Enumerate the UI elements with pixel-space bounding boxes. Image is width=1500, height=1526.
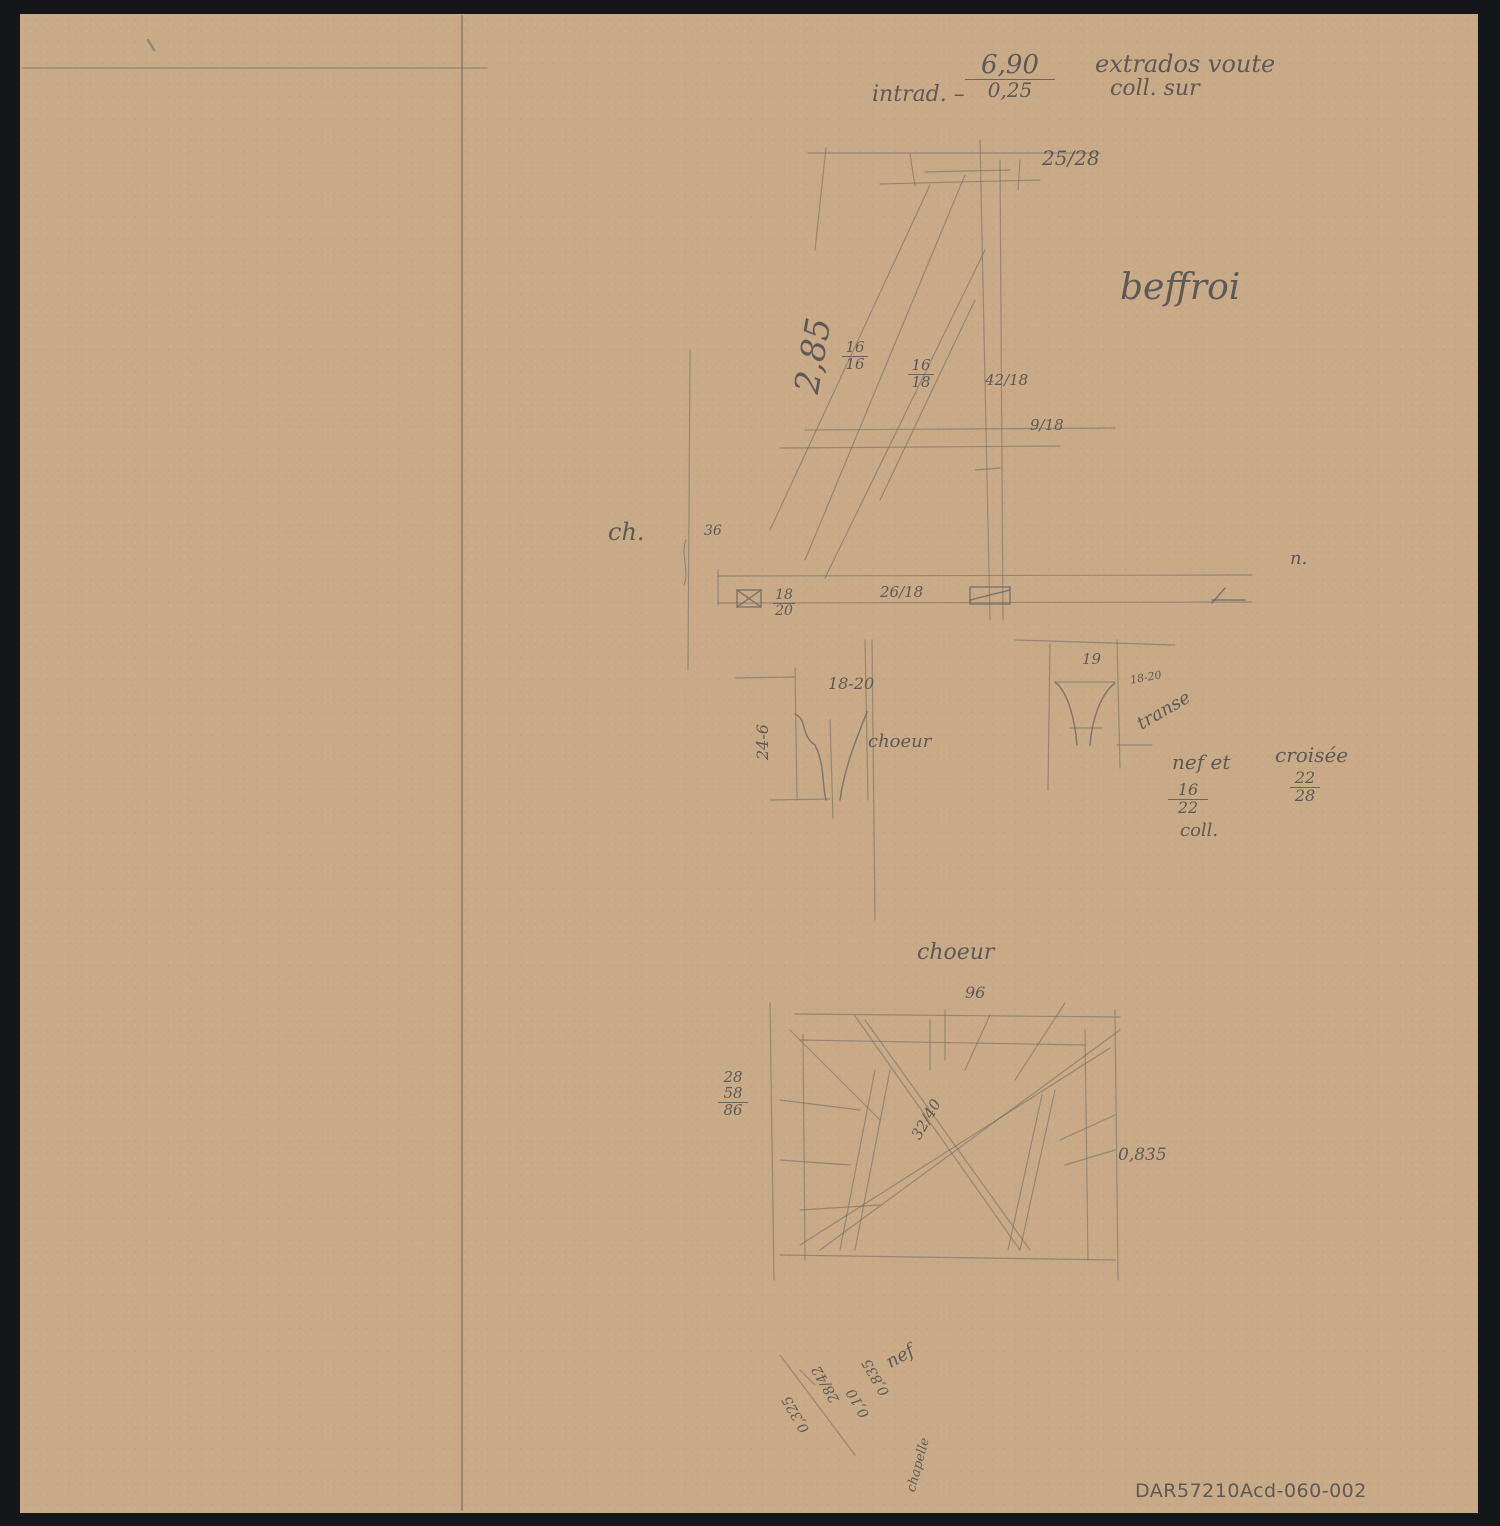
sill-left-dim: 18 20 [773, 588, 795, 618]
sill-left-num: 18 [773, 588, 795, 604]
choeur-width-dim: 18-20 [828, 676, 874, 692]
sill-left-den: 20 [773, 604, 795, 619]
strut-mid-dim: 16 18 [908, 358, 934, 391]
crossbar-dim: 9/18 [1030, 418, 1064, 433]
nef-note-fraction: 16 22 [1168, 782, 1208, 817]
nef-note-label: nef et [1172, 752, 1230, 772]
croise-fraction: 22 28 [1290, 770, 1320, 805]
header-fraction: 6,90 0,25 [965, 52, 1055, 101]
left-label-ch: ch. [608, 520, 645, 544]
choeur-height-dim: 24-6 [755, 724, 771, 760]
top-beam-dim: 25/28 [1042, 148, 1100, 168]
header-fraction-num: 6,90 [965, 52, 1055, 80]
catalog-id: DAR57210Acd-060-002 [1135, 1482, 1367, 1501]
left-small-dim: 36 [704, 524, 722, 538]
strut-mid-den: 18 [908, 375, 934, 391]
nef-note-den: 22 [1168, 800, 1208, 817]
header-prefix: intrad. – [872, 84, 965, 106]
plan-top-dim: 96 [965, 985, 985, 1001]
post-dim: 42/18 [985, 373, 1028, 388]
plan-right-dim: 0,835 [1118, 1147, 1167, 1164]
choeur-profile-label: choeur [868, 733, 931, 751]
nef-note-sub: coll. [1180, 822, 1218, 840]
strut-left-den: 16 [842, 357, 868, 373]
header-line2: coll. sur [1110, 78, 1200, 100]
right-label-n: n. [1290, 550, 1307, 568]
title-beffroi: beffroi [1120, 270, 1240, 306]
plan-title: choeur [917, 942, 994, 964]
croise-den: 28 [1290, 788, 1320, 805]
plan-left-stack-3: 86 [718, 1103, 748, 1119]
header-fraction-den: 0,25 [965, 80, 1055, 101]
sill-mid-dim: 26/18 [880, 585, 923, 600]
strut-left-dim: 16 16 [842, 340, 868, 373]
transept-width-dim: 19 [1082, 652, 1101, 667]
croise-label: croisée [1275, 745, 1348, 765]
plan-left-stack-2: 58 [718, 1086, 748, 1103]
header-line1: extrados voute [1095, 52, 1275, 76]
plan-left-stack: 28 58 86 [718, 1070, 748, 1118]
